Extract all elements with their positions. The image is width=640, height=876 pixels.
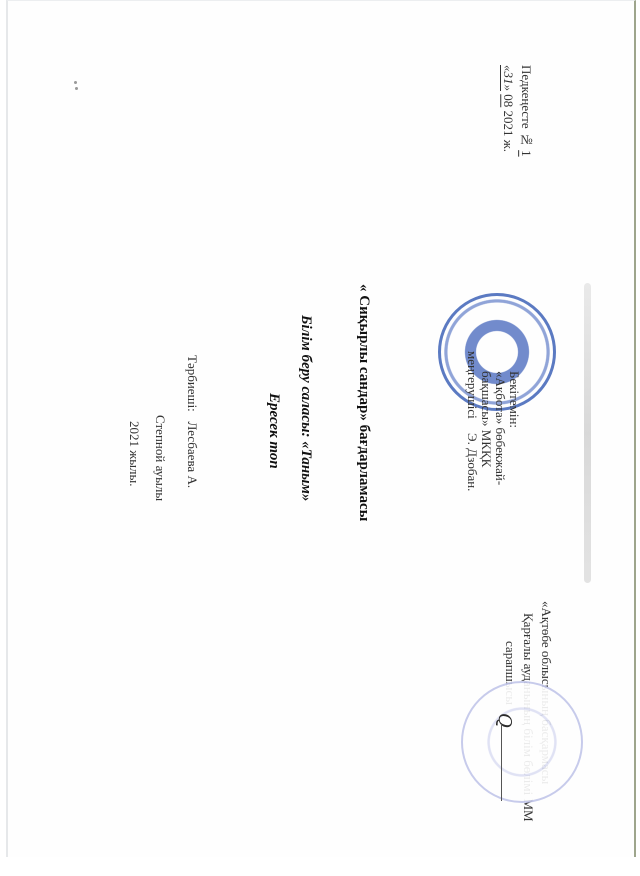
approval-line-4: меңгерушісі xyxy=(466,351,479,419)
approval-line-1: Бекітемін: xyxy=(508,371,521,428)
signature-line xyxy=(501,723,502,801)
protocol-day: «31» xyxy=(501,65,516,91)
protocol-label: Педкеңесте № xyxy=(519,65,534,147)
department-stamp xyxy=(461,681,583,803)
approval-signer: Э. Дзобан. xyxy=(466,433,479,491)
teacher-line: Тәрбиеші: Лесбаева А. xyxy=(186,355,199,488)
approval-line-3: бақшасы» МКҚК xyxy=(480,371,493,467)
protocol-number: 1 xyxy=(519,150,534,157)
scan-smudge xyxy=(584,283,591,583)
protocol-date-line: «31» 08 2021 ж. xyxy=(502,65,515,152)
teacher-label: Тәрбиеші: xyxy=(185,355,200,412)
scan-speck xyxy=(74,81,77,84)
protocol-year: 2021 ж. xyxy=(501,111,516,152)
group-name: Ересек топ xyxy=(266,393,281,469)
scanned-page: Педкеңесте № 1 «31» 08 2021 ж. Бекітемін… xyxy=(6,0,636,857)
protocol-month: 08 xyxy=(501,94,516,107)
village-name: Степной ауылы xyxy=(154,415,167,501)
expert-signature: Q xyxy=(494,713,515,728)
year-line: 2021 жылы. xyxy=(128,421,141,486)
approval-line-2: «Ақбота» бөбекжай- xyxy=(494,371,507,485)
scan-speck xyxy=(75,87,78,90)
teacher-name: Лесбаева А. xyxy=(185,422,200,489)
protocol-line: Педкеңесте № 1 xyxy=(520,65,533,157)
program-title: « Сиқырлы сандар» бағдарламасы xyxy=(356,284,371,521)
education-area: Білім беру саласы: «Таным» xyxy=(298,315,313,501)
